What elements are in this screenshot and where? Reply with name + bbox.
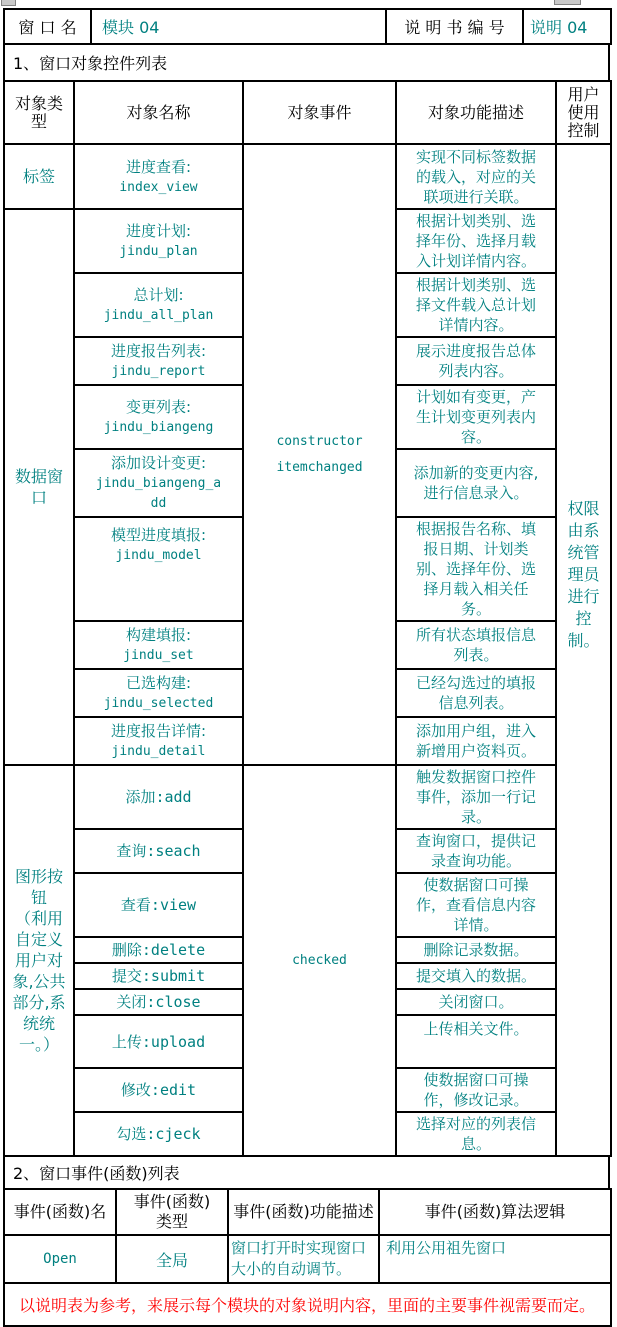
object-type-text: 自定义 <box>7 929 71 950</box>
table-row: 图形按 钮 （利用 自定义 用户对 象,公共 部分,系 统统 一。） 添加:ad… <box>4 765 611 829</box>
object-name-cell: 添加设计变更: jindu_biangeng_add <box>74 449 243 517</box>
object-name-id: jindu_model <box>93 546 224 566</box>
doc-number-label: 说 明 书 编 号 <box>386 9 523 44</box>
object-type-text: 口 <box>7 487 71 508</box>
spec-document: 窗 口 名 模块 04 说 明 书 编 号 说明 04 1、窗口对象控件列表 对… <box>3 8 610 1327</box>
object-event-cell-buttons: checked <box>243 765 396 1156</box>
object-name-cn: 已选构建: <box>93 672 224 694</box>
col-header-event-logic: 事件(函数)算法逻辑 <box>379 1189 611 1235</box>
object-name-cn: 进度计划: <box>93 220 224 242</box>
object-type-label-group: 标签 <box>4 144 74 209</box>
object-name-cn: 添加设计变更: <box>93 452 224 474</box>
object-type-text: 部分,系 <box>7 992 71 1013</box>
object-name-cn: 总计划: <box>93 284 224 306</box>
col-header-event-name: 事件(函数)名 <box>4 1189 116 1235</box>
col-header-object-type: 对象类型 <box>4 81 74 144</box>
object-name-cell: 提交:submit <box>74 963 243 989</box>
object-desc-cell: 关闭窗口。 <box>396 989 556 1015</box>
object-type-datawindow-group: 数据窗 口 <box>4 209 74 765</box>
object-desc-cell: 上传相关文件。 <box>396 1015 556 1068</box>
object-name-cn: 变更列表: <box>93 396 224 418</box>
object-type-graphic-button-group: 图形按 钮 （利用 自定义 用户对 象,公共 部分,系 统统 一。） <box>4 765 74 1156</box>
object-table: 对象类型 对象名称 对象事件 对象功能描述 用户使用控制 标签 进度查看: in… <box>3 80 612 1157</box>
object-name-cell: 勾选:cjeck <box>74 1112 243 1156</box>
event-text: constructor <box>248 431 391 453</box>
event-desc-value: 窗口打开时实现窗口大小的自动调节。 <box>228 1235 379 1283</box>
object-name-id: index_view <box>93 178 224 198</box>
object-name-mixed: 添加:add <box>93 787 224 807</box>
object-desc-cell: 已经勾选过的填报信息列表。 <box>396 669 556 717</box>
col-header-event-desc: 事件(函数)功能描述 <box>228 1189 379 1235</box>
object-name-id: jindu_detail <box>93 742 224 762</box>
object-name-cell: 模型进度填报: jindu_model <box>74 517 243 621</box>
section1-title-row: 1、窗口对象控件列表 <box>3 43 610 82</box>
object-name-cell: 进度计划: jindu_plan <box>74 209 243 273</box>
object-type-text: 数据窗 <box>7 466 71 487</box>
object-name-cell: 变更列表: jindu_biangeng <box>74 385 243 449</box>
table-row: 标签 进度查看: index_view constructor itemchan… <box>4 144 611 209</box>
section2-title-row: 2、窗口事件(函数)列表 <box>3 1155 610 1190</box>
event-logic-value: 利用公用祖先窗口 <box>379 1235 611 1283</box>
object-desc-cell: 查询窗口，提供记录查询功能。 <box>396 829 556 873</box>
object-event-cell-datawindow: constructor itemchanged <box>243 144 396 765</box>
object-type-text: （利用 <box>7 908 71 929</box>
object-name-mixed: 查看:view <box>93 895 224 915</box>
object-name-cell: 进度查看: index_view <box>74 144 243 209</box>
object-desc-cell: 使数据窗口可操作，查看信息内容详情。 <box>396 873 556 937</box>
object-desc-cell: 根据计划类别、选择文件载入总计划详情内容。 <box>396 273 556 337</box>
object-name-cell: 进度报告列表: jindu_report <box>74 337 243 385</box>
object-name-cn: 进度报告列表: <box>93 340 224 362</box>
event-row: Open 全局 窗口打开时实现窗口大小的自动调节。 利用公用祖先窗口 <box>4 1235 611 1283</box>
object-name-cn: 构建填报: <box>93 624 224 646</box>
object-name-cell: 查看:view <box>74 873 243 937</box>
object-name-id: jindu_plan <box>93 242 224 262</box>
object-name-cell: 添加:add <box>74 765 243 829</box>
object-name-cell: 总计划: jindu_all_plan <box>74 273 243 337</box>
object-name-mixed: 勾选:cjeck <box>93 1124 224 1144</box>
object-desc-cell: 计划如有变更，产生计划变更列表内容。 <box>396 385 556 449</box>
object-type-text: 图形按 <box>7 866 71 887</box>
object-desc-cell: 使数据窗口可操作，修改记录。 <box>396 1068 556 1112</box>
object-desc-cell: 实现不同标签数据的载入，对应的关联项进行关联。 <box>396 144 556 209</box>
object-type-text: 用户对 <box>7 950 71 971</box>
object-name-cell: 删除:delete <box>74 937 243 963</box>
section1-title: 1、窗口对象控件列表 <box>4 44 609 81</box>
object-desc-cell: 根据计划类别、选择年份、选择月载入计划详情内容。 <box>396 209 556 273</box>
object-name-cell: 进度报告详情: jindu_detail <box>74 717 243 765</box>
object-table-header: 对象类型 对象名称 对象事件 对象功能描述 用户使用控制 <box>4 81 611 144</box>
object-desc-cell: 提交填入的数据。 <box>396 963 556 989</box>
object-type-text: 标签 <box>7 166 71 187</box>
section2-title: 2、窗口事件(函数)列表 <box>4 1156 609 1189</box>
object-name-mixed: 上传:upload <box>93 1032 224 1052</box>
event-table-header: 事件(函数)名 事件(函数) 类型 事件(函数)功能描述 事件(函数)算法逻辑 <box>4 1189 611 1235</box>
object-name-cell: 已选构建: jindu_selected <box>74 669 243 717</box>
object-desc-cell: 选择对应的列表信息。 <box>396 1112 556 1156</box>
event-text: checked <box>248 950 391 972</box>
object-name-cn: 进度查看: <box>93 156 224 178</box>
user-control-cell: 权限由系统管理员进行控制。 <box>556 144 611 1156</box>
doc-number-value: 说明 04 <box>523 9 611 44</box>
object-name-id: jindu_all_plan <box>93 306 224 326</box>
object-name-cell: 关闭:close <box>74 989 243 1015</box>
object-desc-cell: 删除记录数据。 <box>396 937 556 963</box>
header-line: 类型 <box>119 1212 225 1232</box>
object-desc-cell: 触发数据窗口控件事件，添加一行记录。 <box>396 765 556 829</box>
object-name-cell: 上传:upload <box>74 1015 243 1068</box>
object-name-mixed: 修改:edit <box>93 1080 224 1100</box>
object-desc-cell: 添加新的变更内容,进行信息录入。 <box>396 449 556 517</box>
object-name-cell: 查询:seach <box>74 829 243 873</box>
event-type-value: 全局 <box>116 1235 228 1283</box>
col-header-object-name: 对象名称 <box>74 81 243 144</box>
window-name-label: 窗 口 名 <box>4 9 91 44</box>
object-name-id: jindu_set <box>93 646 224 666</box>
artifact-fragment-top <box>554 0 581 5</box>
object-name-id: jindu_selected <box>93 694 224 714</box>
object-name-cell: 修改:edit <box>74 1068 243 1112</box>
event-name-value: Open <box>4 1235 116 1283</box>
object-name-cn: 进度报告详情: <box>93 720 224 742</box>
object-desc-cell: 所有状态填报信息列表。 <box>396 621 556 669</box>
object-desc-cell: 添加用户组，进入新增用户资料页。 <box>396 717 556 765</box>
object-name-id: jindu_report <box>93 362 224 382</box>
footnote-text: 以说明表为参考，来展示每个模块的对象说明内容，里面的主要事件视需要而定。 <box>4 1283 611 1326</box>
meta-table: 窗 口 名 模块 04 说 明 书 编 号 说明 04 <box>3 8 612 45</box>
object-desc-cell: 展示进度报告总体列表内容。 <box>396 337 556 385</box>
artifact-fragment-left <box>1 0 16 6</box>
object-name-id: jindu_biangeng <box>93 418 224 438</box>
header-line: 事件(函数) <box>119 1192 225 1212</box>
window-name-value: 模块 04 <box>91 9 386 44</box>
col-header-user-control: 用户使用控制 <box>556 81 611 144</box>
object-name-mixed: 删除:delete <box>93 940 224 960</box>
object-type-text: 象,公共 <box>7 971 71 992</box>
object-type-text: 一。） <box>7 1034 71 1055</box>
object-name-mixed: 关闭:close <box>93 992 224 1012</box>
object-type-text: 统统 <box>7 1013 71 1034</box>
object-name-mixed: 提交:submit <box>93 966 224 986</box>
object-name-cell: 构建填报: jindu_set <box>74 621 243 669</box>
object-desc-cell: 根据报告名称、填报日期、计划类别、选择年份、选择月载入相关任务。 <box>396 517 556 621</box>
col-header-object-desc: 对象功能描述 <box>396 81 556 144</box>
col-header-object-event: 对象事件 <box>243 81 396 144</box>
event-text: itemchanged <box>248 457 391 479</box>
col-header-event-type: 事件(函数) 类型 <box>116 1189 228 1235</box>
object-name-cn: 模型进度填报: <box>93 524 224 546</box>
object-type-text: 钮 <box>7 887 71 908</box>
object-name-mixed: 查询:seach <box>93 841 224 861</box>
footnote-row: 以说明表为参考，来展示每个模块的对象说明内容，里面的主要事件视需要而定。 <box>4 1283 611 1326</box>
object-name-id: jindu_biangeng_add <box>93 474 224 514</box>
